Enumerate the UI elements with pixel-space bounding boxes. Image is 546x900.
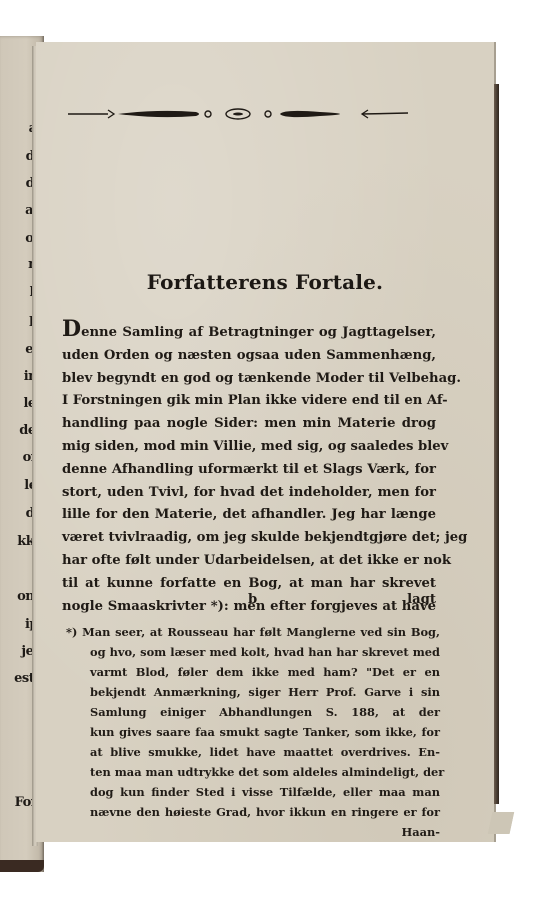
- body-paragraph: Denne Samling af Betragtninger og Jagtta…: [62, 318, 436, 618]
- body-line: mig siden, mod min Villie, med sig, og s…: [62, 436, 436, 459]
- footnote-line: ten maa man udtrykke det som aldeles alm…: [66, 762, 440, 782]
- body-line: Denne Samling af Betragtninger og Jagtta…: [62, 318, 436, 345]
- footnote-line-text: Man seer, at Rousseau har følt Manglerne…: [82, 625, 440, 639]
- left-page-cover-edge: [0, 860, 44, 872]
- signature-mark: b: [248, 592, 257, 607]
- body-line: denne Afhandling uformærkt til et Slags …: [62, 459, 436, 482]
- folded-corner: [488, 812, 515, 834]
- catchword: lagt: [407, 592, 436, 607]
- footnote-line: *) Man seer, at Rousseau har følt Mangle…: [66, 622, 440, 642]
- body-line: blev begyndt en god og tænkende Moder ti…: [62, 368, 436, 391]
- body-line: lille for den Materie, det afhandler. Je…: [62, 504, 436, 527]
- decorative-rule-ornament: [68, 107, 408, 121]
- footnote-catchword: Haan-: [66, 822, 440, 842]
- footnote-line: at blive smukke, lidet have maattet over…: [66, 742, 440, 762]
- footnote-line: Samlung einiger Abhandlungen S. 188, at …: [66, 702, 440, 722]
- chapter-title: Forfatterens Fortale.: [36, 270, 494, 294]
- body-line: stort, uden Tvivl, for hvad det indehold…: [62, 482, 436, 505]
- footnote-marker: *): [66, 625, 77, 639]
- footnote-line: varmt Blod, føler dem ikke med ham? "Det…: [66, 662, 440, 682]
- page-edge-shadow: [494, 84, 499, 804]
- body-line: har ofte følt under Udarbeidelsen, at de…: [62, 550, 436, 573]
- footnote: *) Man seer, at Rousseau har følt Mangle…: [66, 622, 440, 842]
- body-line-text: enne Samling af Betragtninger og Jagttag…: [81, 325, 436, 340]
- body-line: I Forstningen gik min Plan ikke videre e…: [62, 390, 436, 413]
- signature-row: b lagt: [62, 592, 436, 612]
- drop-cap: D: [62, 316, 81, 342]
- footnote-line: nævne den høieste Grad, hvor ikkun en ri…: [66, 802, 440, 822]
- body-line: uden Orden og næsten ogsaa uden Sammenhæ…: [62, 345, 436, 368]
- body-line: været tvivlraadig, om jeg skulde bekjend…: [62, 527, 436, 550]
- footnote-line: bekjendt Anmærkning, siger Herr Prof. Ga…: [66, 682, 440, 702]
- body-line: handling paa nogle Sider: men min Materi…: [62, 413, 436, 436]
- footnote-line: og hvo, som læser med kolt, hvad han har…: [66, 642, 440, 662]
- footnote-line: kun gives saare faa smukt sagte Tanker, …: [66, 722, 440, 742]
- footnote-line: dog kun finder Sted i visse Tilfælde, el…: [66, 782, 440, 802]
